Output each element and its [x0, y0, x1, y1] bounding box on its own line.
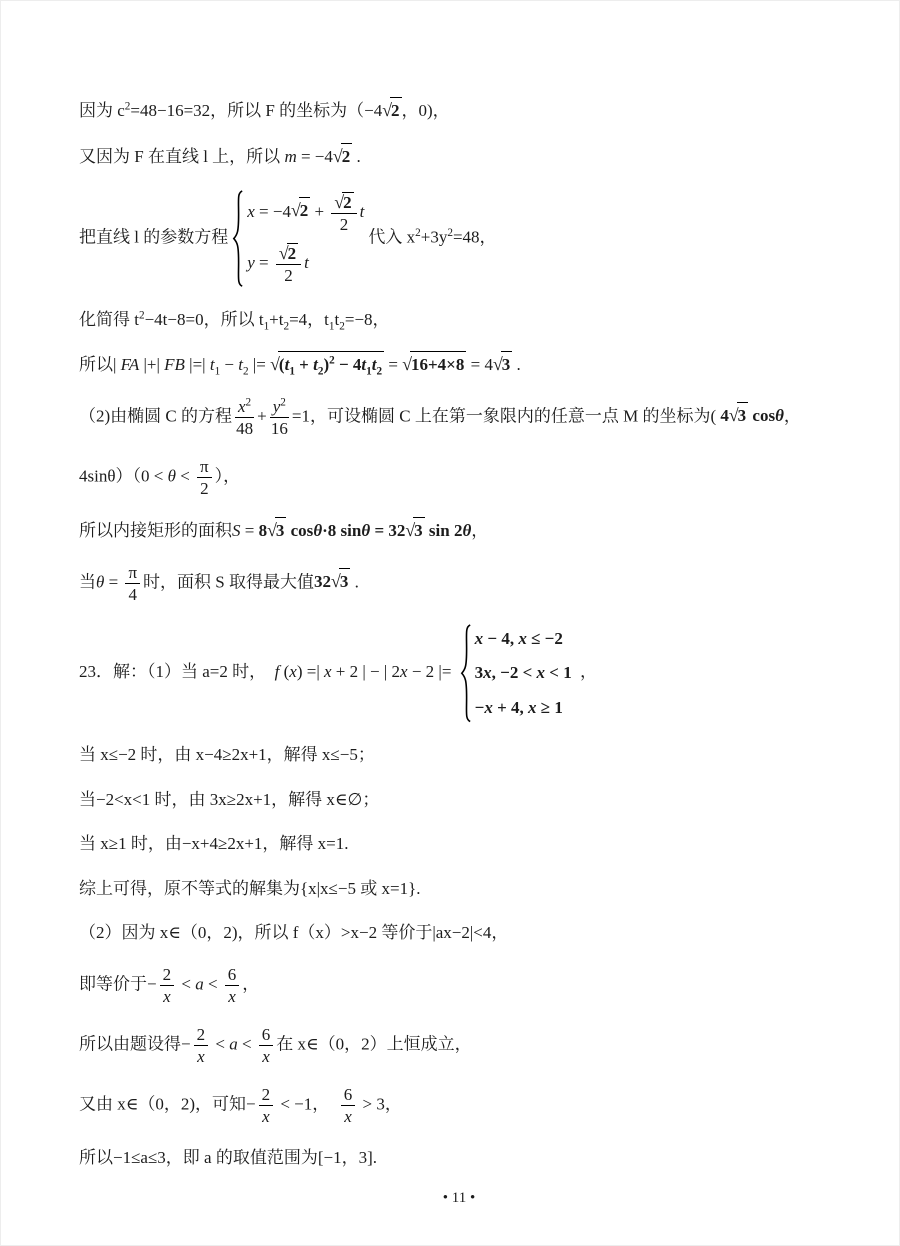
text-line-4: 化简得 t2−4t−8=0，所以 t1+t2=4，t1t2=−8， [79, 307, 839, 333]
superscript: 2 [125, 100, 131, 112]
fraction-denominator: x [197, 1046, 205, 1066]
math-bold: 8√3 cosθ·8 sinθ = 32√3 sin 2θ [259, 521, 472, 540]
math-variable: x [344, 1107, 352, 1126]
fraction: 6x [341, 1085, 356, 1126]
fraction-denominator: 2 [340, 214, 349, 234]
math-variable: θ [168, 466, 176, 485]
cases-row: 3x, −2 < x < 1 [475, 660, 572, 686]
fraction: √22 [276, 243, 301, 285]
fraction-denominator: x [228, 986, 236, 1006]
radicand: 2 [342, 192, 354, 212]
fraction-numerator: 6 [341, 1085, 356, 1106]
math-variable: x [197, 1047, 205, 1066]
radicand: 16+4×8 [410, 351, 466, 378]
math-variable: x [262, 1047, 270, 1066]
radicand: 3 [339, 568, 351, 595]
fraction: π4 [125, 563, 140, 604]
math-variable: x [518, 629, 527, 648]
fraction: √22 [331, 192, 356, 234]
radicand: 3 [275, 517, 287, 544]
superscript: 2 [415, 226, 421, 238]
math-variable: θ [313, 521, 322, 540]
radical: √2 [333, 143, 352, 170]
text-line-3: 把直线 l 的参数方程x = −4√2 + √22ty = √22t代入 x2+… [79, 189, 839, 288]
math-variable: θ [775, 406, 784, 425]
superscript: 2 [447, 226, 453, 238]
fraction-numerator: y2 [270, 397, 289, 418]
radical: √3 [267, 517, 286, 544]
math-variable: t [360, 201, 365, 220]
radicand: 2 [287, 243, 299, 263]
fraction-denominator: 2 [284, 265, 293, 285]
math-variable: θ [96, 572, 104, 591]
cases-bracket: x − 4, x ≤ −23x, −2 < x < 1−x + 4, x ≥ 1 [460, 623, 572, 724]
fraction-denominator: x [262, 1106, 270, 1126]
math-variable: x [475, 629, 484, 648]
text-line-8: 所以内接矩形的面积S = 8√3 cosθ·8 sinθ = 32√3 sin … [79, 517, 839, 544]
fraction-numerator: √2 [276, 243, 301, 265]
text-line-11: 当 x≤−2 时，由 x−4≥2x+1，解得 x≤−5； [79, 742, 839, 768]
superscript: 2 [329, 355, 335, 367]
text-line-5: 所以| FA |+| FB |=| t1 − t2 |= √(t1 + t2)2… [79, 351, 839, 378]
math-variable: t [304, 253, 309, 272]
math-variable: x [289, 662, 297, 681]
radicand: 3 [737, 402, 749, 429]
radical: √2 [279, 243, 298, 263]
subscript: 1 [329, 320, 335, 332]
superscript: 2 [280, 396, 286, 408]
radical: √2 [382, 97, 401, 124]
fraction-numerator: 6 [259, 1025, 274, 1046]
cases-row: x − 4, x ≤ −2 [475, 626, 563, 652]
radical: √16+4×8 [402, 351, 466, 378]
fraction-numerator: 2 [194, 1025, 209, 1046]
radicand: 2 [390, 97, 402, 124]
text-line-13: 当 x≥1 时，由−x+4≥2x+1，解得 x=1. [79, 831, 839, 857]
math-bold: 4√3 cosθ [720, 406, 784, 425]
superscript: 2 [139, 309, 145, 321]
cases-row: x = −4√2 + √22t [247, 192, 364, 234]
radical: √2 [334, 192, 353, 212]
cases-row: −x + 4, x ≥ 1 [475, 695, 563, 721]
fraction: 2x [160, 965, 175, 1006]
text-line-15: （2）因为 x∈（0，2)，所以 f（x）>x−2 等价于|ax−2|<4， [79, 920, 839, 946]
subscript: 1 [215, 366, 221, 378]
text-line-14: 综上可得，原不等式的解集为{x|x≤−5 或 x=1}. [79, 876, 839, 902]
fraction: x248 [235, 397, 254, 438]
fraction: 2x [194, 1025, 209, 1066]
fraction-numerator: π [125, 563, 140, 584]
math-variable: x [400, 662, 408, 681]
math-variable: m [284, 147, 296, 166]
text-line-10: 23．解：（1）当 a=2 时， f (x) =| x + 2 | − | 2x… [79, 623, 839, 724]
radical: √3 [729, 402, 748, 429]
radicand: 2 [299, 197, 311, 224]
cases-rows: x = −4√2 + √22ty = √22t [244, 189, 364, 288]
subscript: 2 [243, 366, 249, 378]
radical: √2 [291, 197, 310, 224]
text-line-17: 所以由题设得−2x < a < 6x在 x∈（0，2）上恒成立， [79, 1025, 839, 1066]
page-number: • 11 • [443, 1190, 475, 1206]
fraction: 6x [259, 1025, 274, 1066]
math-variable: x [484, 698, 493, 717]
fraction: π2 [197, 457, 212, 498]
cases-rows: x − 4, x ≤ −23x, −2 < x < 1−x + 4, x ≥ 1 [472, 623, 572, 724]
math-variable: y [247, 253, 255, 272]
math-variable: θ [361, 521, 370, 540]
fraction-denominator: 2 [200, 478, 209, 498]
fraction-numerator: 2 [160, 965, 175, 986]
subscript: 2 [318, 366, 324, 378]
fraction-denominator: 16 [271, 418, 288, 438]
fraction: 2x [259, 1085, 274, 1126]
cases-row: y = √22t [247, 243, 309, 285]
text-line-7: 4sinθ）（0 < θ < π2）， [79, 457, 839, 498]
math-variable: x [238, 397, 246, 416]
math-variable: x [324, 662, 332, 681]
subscript: 1 [289, 366, 295, 378]
text-line-9: 当θ = π4时，面积 S 取得最大值32√3 . [79, 563, 839, 604]
math-variable: x [163, 987, 171, 1006]
fraction: 6x [225, 965, 240, 1006]
radical: √3 [331, 568, 350, 595]
page-footer: • 11 • [79, 1190, 839, 1243]
fraction-numerator: 6 [225, 965, 240, 986]
math-variable: f [275, 662, 280, 681]
radicand: 3 [413, 517, 425, 544]
text-line-1: 因为 c2=48−16=32，所以 F 的坐标为（−4√2，0)， [79, 97, 839, 124]
fraction: y216 [270, 397, 289, 438]
text-line-6: （2)由椭圆 C 的方程x248+y216=1，可设椭圆 C 上在第一象限内的任… [79, 397, 839, 438]
fraction-numerator: √2 [331, 192, 356, 214]
fraction-denominator: x [163, 986, 171, 1006]
math-variable: FB [164, 355, 185, 374]
math-variable: x [528, 698, 537, 717]
math-variable: a [195, 974, 204, 993]
text-line-18: 又由 x∈（0，2)，可知−2x < −1， 6x > 3， [79, 1085, 839, 1126]
fraction-denominator: x [344, 1106, 352, 1126]
math-variable: S [232, 521, 241, 540]
radicand: 2 [341, 143, 353, 170]
subscript: 2 [377, 366, 383, 378]
math-variable: FA [121, 355, 140, 374]
text-line-16: 即等价于−2x < a < 6x， [79, 965, 839, 1006]
left-brace-icon [460, 623, 472, 724]
math-variable: x [247, 201, 255, 220]
fraction-numerator: π [197, 457, 212, 478]
fraction-denominator: 4 [129, 584, 138, 604]
fraction-denominator: x [262, 1046, 270, 1066]
text-line-19: 所以−1≤a≤3，即 a 的取值范围为[−1，3]. [79, 1145, 839, 1171]
solution-content: 因为 c2=48−16=32，所以 F 的坐标为（−4√2，0)，又因为 F 在… [79, 97, 839, 1190]
subscript: 2 [339, 320, 345, 332]
math-bold: 32√3 [314, 572, 350, 591]
left-brace-icon [232, 189, 244, 288]
radicand: 3 [501, 351, 513, 378]
fraction-numerator: x2 [235, 397, 254, 418]
radical: √(t1 + t2)2 − 4t1t2 [270, 351, 384, 378]
math-variable: x [228, 987, 236, 1006]
superscript: 2 [246, 396, 252, 408]
radical: √3 [493, 351, 512, 378]
math-variable: x [537, 663, 546, 682]
subscript: 2 [283, 320, 289, 332]
fraction-denominator: 48 [236, 418, 253, 438]
math-variable: a [229, 1034, 238, 1053]
document-page: 因为 c2=48−16=32，所以 F 的坐标为（−4√2，0)，又因为 F 在… [0, 0, 900, 1246]
text-line-12: 当−2<x<1 时，由 3x≥2x+1，解得 x∈∅； [79, 787, 839, 813]
radical: √3 [405, 517, 424, 544]
math-variable: θ [462, 521, 471, 540]
radicand: (t1 + t2)2 − 4t1t2 [278, 351, 384, 378]
math-bold: −x + 4, x ≥ 1 [475, 698, 563, 717]
fraction-numerator: 2 [259, 1085, 274, 1106]
math-bold: 3x, −2 < x < 1 [475, 663, 572, 682]
math-variable: x [262, 1107, 270, 1126]
text-line-2: 又因为 F 在直线 l 上，所以 m = −4√2 . [79, 143, 839, 170]
subscript: 1 [264, 320, 270, 332]
cases-bracket: x = −4√2 + √22ty = √22t [232, 189, 364, 288]
math-variable: x [483, 663, 492, 682]
math-bold: x − 4, x ≤ −2 [475, 629, 563, 648]
